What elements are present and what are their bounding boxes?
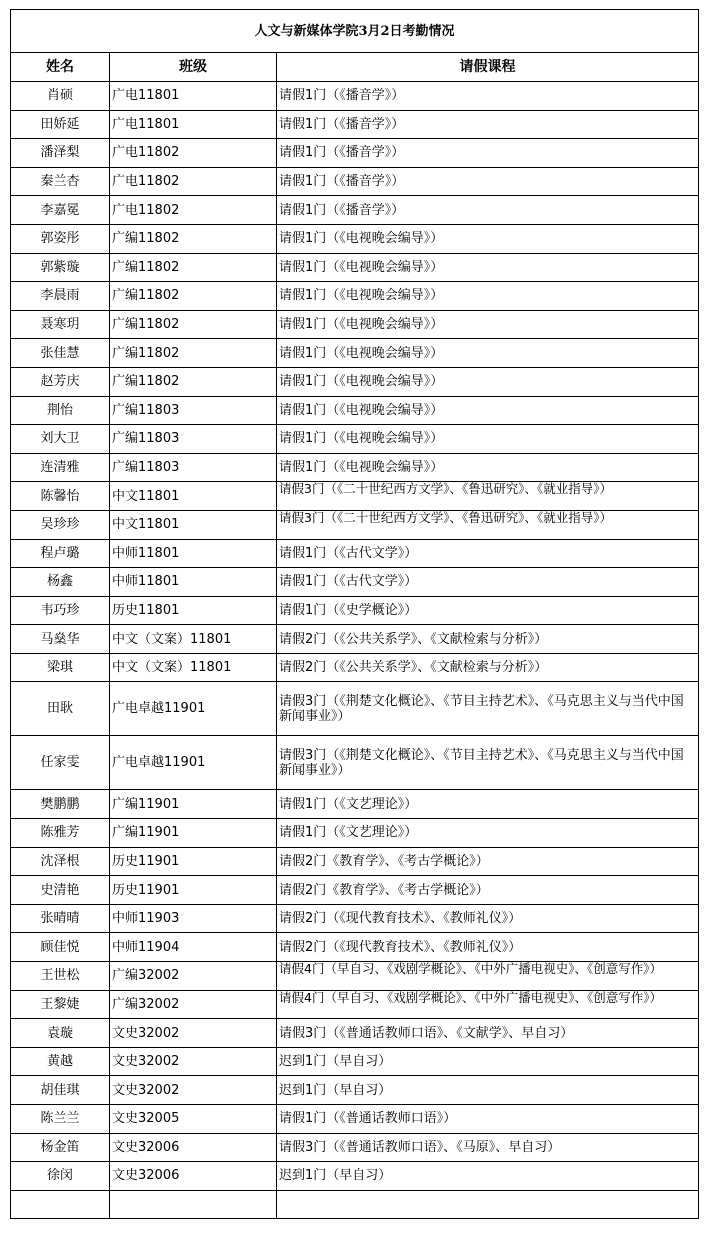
table-row: 王黎婕广编32002请假4门（早自习、《戏剧学概论》、《中外广播电视史》、《创意…: [11, 990, 699, 1019]
cell-class[interactable]: 文史32002: [110, 1047, 277, 1076]
cell-name[interactable]: 张晴晴: [11, 904, 110, 933]
cell-course[interactable]: 请假1门（《电视晚会编导》）: [277, 253, 699, 282]
cell-course[interactable]: 请假1门（《电视晚会编导》）: [277, 310, 699, 339]
cell-class[interactable]: 文史32002: [110, 1019, 277, 1048]
cell-name[interactable]: 郭姿彤: [11, 224, 110, 253]
cell-course[interactable]: 请假3门（《二十世纪西方文学》、《鲁迅研究》、《就业指导》）: [277, 510, 699, 539]
cell-name[interactable]: 赵芳庆: [11, 367, 110, 396]
table-row: 徐闵文史32006迟到1门（早自习）: [11, 1162, 699, 1191]
cell-name[interactable]: 王黎婕: [11, 990, 110, 1019]
cell-course[interactable]: 请假1门（《播音学》）: [277, 82, 699, 111]
cell-class[interactable]: 中文（文案）11801: [110, 653, 277, 682]
table-row: 黄越文史32002迟到1门（早自习）: [11, 1047, 699, 1076]
cell-name[interactable]: 陈馨怡: [11, 482, 110, 511]
cell-class[interactable]: 广编11803: [110, 396, 277, 425]
cell-name[interactable]: 任家雯: [11, 736, 110, 790]
cell-class[interactable]: 历史11801: [110, 596, 277, 625]
table-row: 荆怡广编11803请假1门（《电视晚会编导》）: [11, 396, 699, 425]
cell-course[interactable]: 请假1门（《播音学》）: [277, 167, 699, 196]
cell-course[interactable]: 请假3门（《普通话教师口语》、《马原》、早自习）: [277, 1133, 699, 1162]
table-row: 李晨雨广编11802请假1门（《电视晚会编导》）: [11, 282, 699, 311]
table-row: 李嘉冕广电11802请假1门（《播音学》）: [11, 196, 699, 225]
attendance-table: 人文与新媒体学院3月2日考勤情况 姓名 班级 请假课程 肖硕广电11801请假1…: [10, 9, 699, 1219]
table-row: 张晴晴中师11903请假2门（《现代教育技术》、《教师礼仪》）: [11, 904, 699, 933]
cell-course[interactable]: 迟到1门（早自习）: [277, 1162, 699, 1191]
cell-class[interactable]: 文史32005: [110, 1105, 277, 1134]
cell-class[interactable]: 文史32006: [110, 1162, 277, 1191]
cell-class[interactable]: 广编11803: [110, 453, 277, 482]
cell-course[interactable]: 请假1门（《史学概论》）: [277, 596, 699, 625]
cell-name[interactable]: 秦兰杏: [11, 167, 110, 196]
cell-class[interactable]: 中师11801: [110, 568, 277, 597]
cell-class[interactable]: 广编32002: [110, 962, 277, 991]
cell-class[interactable]: 历史11901: [110, 847, 277, 876]
cell-course[interactable]: 请假1门（《电视晚会编导》）: [277, 367, 699, 396]
cell-class[interactable]: 广电卓越11901: [110, 736, 277, 790]
cell-course[interactable]: 请假2门（《公共关系学》、《文献检索与分析》）: [277, 653, 699, 682]
cell-name[interactable]: 徐闵: [11, 1162, 110, 1191]
cell-course[interactable]: 请假4门（早自习、《戏剧学概论》、《中外广播电视史》、《创意写作》）: [277, 962, 699, 991]
cell-class[interactable]: 广编11901: [110, 819, 277, 848]
cell-name[interactable]: 张佳慧: [11, 339, 110, 368]
cell-class[interactable]: 广电卓越11901: [110, 682, 277, 736]
cell-course[interactable]: 请假1门（《文艺理论》）: [277, 790, 699, 819]
cell-course[interactable]: 请假1门（《普通话教师口语》）: [277, 1105, 699, 1134]
table-row: 程卢璐中师11801请假1门（《古代文学》）: [11, 539, 699, 568]
cell-course[interactable]: 请假2门（《现代教育技术》、《教师礼仪》）: [277, 933, 699, 962]
table-row: 胡佳琪文史32002迟到1门（早自习）: [11, 1076, 699, 1105]
cell-name[interactable]: 荆怡: [11, 396, 110, 425]
table-row: 刘大卫广编11803请假1门（《电视晚会编导》）: [11, 425, 699, 454]
table-row: 杨鑫中师11801请假1门（《古代文学》）: [11, 568, 699, 597]
cell-course[interactable]: 请假1门（《电视晚会编导》）: [277, 396, 699, 425]
cell-name[interactable]: 田耿: [11, 682, 110, 736]
cell-name[interactable]: 潘泽梨: [11, 139, 110, 168]
cell-class[interactable]: 中师11904: [110, 933, 277, 962]
header-name[interactable]: 姓名: [11, 53, 110, 82]
table-row: 田娇延广电11801请假1门（《播音学》）: [11, 110, 699, 139]
table-row: 史清艳历史11901请假2门《教育学》、《考古学概论》）: [11, 876, 699, 905]
cell-name[interactable]: 樊鹏鹏: [11, 790, 110, 819]
header-row: 姓名 班级 请假课程: [11, 53, 699, 82]
cell-name[interactable]: 连清雅: [11, 453, 110, 482]
cell-class[interactable]: 广编11802: [110, 310, 277, 339]
cell-class[interactable]: 广电11802: [110, 167, 277, 196]
cell-course[interactable]: 请假3门（《荆楚文化概论》、《节目主持艺术》、《马克思主义与当代中国新闻事业》）: [277, 682, 699, 736]
cell-course[interactable]: 请假1门（《电视晚会编导》）: [277, 339, 699, 368]
cell-class[interactable]: 广电11801: [110, 82, 277, 111]
cell-name[interactable]: 吴珍珍: [11, 510, 110, 539]
cell-name[interactable]: 黄越: [11, 1047, 110, 1076]
header-class[interactable]: 班级: [110, 53, 277, 82]
cell-class[interactable]: 广编11803: [110, 425, 277, 454]
cell-name[interactable]: 袁璇: [11, 1019, 110, 1048]
cell-class[interactable]: 中文（文案）11801: [110, 625, 277, 654]
cell-name[interactable]: 王世松: [11, 962, 110, 991]
cell-course[interactable]: 请假1门（《播音学》）: [277, 139, 699, 168]
cell-name[interactable]: 陈雅芳: [11, 819, 110, 848]
title-row: 人文与新媒体学院3月2日考勤情况: [11, 10, 699, 53]
cell-course[interactable]: 请假1门（《电视晚会编导》）: [277, 453, 699, 482]
table-row: 王世松广编32002请假4门（早自习、《戏剧学概论》、《中外广播电视史》、《创意…: [11, 962, 699, 991]
cell-name[interactable]: 沈泽根: [11, 847, 110, 876]
table-row: 袁璇文史32002请假3门（《普通话教师口语》、《文献学》、早自习）: [11, 1019, 699, 1048]
cell-class[interactable]: 广编11802: [110, 339, 277, 368]
header-course[interactable]: 请假课程: [277, 53, 699, 82]
table-row: 梁琪中文（文案）11801请假2门（《公共关系学》、《文献检索与分析》）: [11, 653, 699, 682]
cell-class[interactable]: 中文11801: [110, 510, 277, 539]
table-row: 杨金笛文史32006请假3门（《普通话教师口语》、《马原》、早自习）: [11, 1133, 699, 1162]
sheet-title[interactable]: 人文与新媒体学院3月2日考勤情况: [11, 10, 699, 53]
table-row: 沈泽根历史11901请假2门《教育学》、《考古学概论》）: [11, 847, 699, 876]
cell-class[interactable]: 广编11901: [110, 790, 277, 819]
table-row: 顾佳悦中师11904请假2门（《现代教育技术》、《教师礼仪》）: [11, 933, 699, 962]
cell-name[interactable]: [11, 1190, 110, 1219]
cell-class[interactable]: 广编11802: [110, 224, 277, 253]
cell-course[interactable]: 请假1门（《电视晚会编导》）: [277, 282, 699, 311]
cell-name[interactable]: 聂寒玥: [11, 310, 110, 339]
cell-class[interactable]: [110, 1190, 277, 1219]
cell-course[interactable]: 请假4门（早自习、《戏剧学概论》、《中外广播电视史》、《创意写作》）: [277, 990, 699, 1019]
cell-class[interactable]: 广编32002: [110, 990, 277, 1019]
cell-class[interactable]: 历史11901: [110, 876, 277, 905]
cell-name[interactable]: 史清艳: [11, 876, 110, 905]
table-row: 赵芳庆广编11802请假1门（《电视晚会编导》）: [11, 367, 699, 396]
table-row: 秦兰杏广电11802请假1门（《播音学》）: [11, 167, 699, 196]
cell-name[interactable]: 胡佳琪: [11, 1076, 110, 1105]
cell-course[interactable]: 请假1门（《文艺理论》）: [277, 819, 699, 848]
cell-name[interactable]: 陈兰兰: [11, 1105, 110, 1134]
table-row: 樊鹏鹏广编11901请假1门（《文艺理论》）: [11, 790, 699, 819]
cell-class[interactable]: 中文11801: [110, 482, 277, 511]
cell-course[interactable]: 请假2门《教育学》、《考古学概论》）: [277, 876, 699, 905]
cell-class[interactable]: 广电11802: [110, 139, 277, 168]
table-row: 连清雅广编11803请假1门（《电视晚会编导》）: [11, 453, 699, 482]
cell-class[interactable]: 广编11802: [110, 253, 277, 282]
cell-course[interactable]: 迟到1门（早自习）: [277, 1076, 699, 1105]
cell-course[interactable]: 请假1门（《电视晚会编导》）: [277, 425, 699, 454]
table-row: 潘泽梨广电11802请假1门（《播音学》）: [11, 139, 699, 168]
table-row: 肖硕广电11801请假1门（《播音学》）: [11, 82, 699, 111]
cell-course[interactable]: 请假2门（《公共关系学》、《文献检索与分析》）: [277, 625, 699, 654]
cell-name[interactable]: 梁琪: [11, 653, 110, 682]
table-row: 田耿广电卓越11901请假3门（《荆楚文化概论》、《节目主持艺术》、《马克思主义…: [11, 682, 699, 736]
table-row: 吴珍珍中文11801请假3门（《二十世纪西方文学》、《鲁迅研究》、《就业指导》）: [11, 510, 699, 539]
cell-name[interactable]: 顾佳悦: [11, 933, 110, 962]
table-row: 郭姿彤广编11802请假1门（《电视晚会编导》）: [11, 224, 699, 253]
cell-course[interactable]: 请假1门（《古代文学》）: [277, 539, 699, 568]
cell-course[interactable]: 请假1门（《播音学》）: [277, 196, 699, 225]
cell-course[interactable]: [277, 1190, 699, 1219]
table-row: 聂寒玥广编11802请假1门（《电视晚会编导》）: [11, 310, 699, 339]
cell-name[interactable]: 马燊华: [11, 625, 110, 654]
table-row: 任家雯广电卓越11901请假3门（《荆楚文化概论》、《节目主持艺术》、《马克思主…: [11, 736, 699, 790]
table-row: 陈馨怡中文11801请假3门（《二十世纪西方文学》、《鲁迅研究》、《就业指导》）: [11, 482, 699, 511]
cell-class[interactable]: 文史32006: [110, 1133, 277, 1162]
cell-name[interactable]: 刘大卫: [11, 425, 110, 454]
table-row: 张佳慧广编11802请假1门（《电视晚会编导》）: [11, 339, 699, 368]
cell-name[interactable]: 郭紫璇: [11, 253, 110, 282]
cell-name[interactable]: 杨鑫: [11, 568, 110, 597]
cell-name[interactable]: 韦巧珍: [11, 596, 110, 625]
cell-course[interactable]: 请假3门（《荆楚文化概论》、《节目主持艺术》、《马克思主义与当代中国新闻事业》）: [277, 736, 699, 790]
table-row: 韦巧珍历史11801请假1门（《史学概论》）: [11, 596, 699, 625]
cell-name[interactable]: 程卢璐: [11, 539, 110, 568]
cell-class[interactable]: 广电11802: [110, 196, 277, 225]
cell-name[interactable]: 李嘉冕: [11, 196, 110, 225]
table-row: 马燊华中文（文案）11801请假2门（《公共关系学》、《文献检索与分析》）: [11, 625, 699, 654]
cell-class[interactable]: 中师11801: [110, 539, 277, 568]
table-row: [11, 1190, 699, 1219]
cell-class[interactable]: 广编11802: [110, 282, 277, 311]
cell-course[interactable]: 请假2门《教育学》、《考古学概论》）: [277, 847, 699, 876]
cell-name[interactable]: 李晨雨: [11, 282, 110, 311]
cell-name[interactable]: 肖硕: [11, 82, 110, 111]
cell-course[interactable]: 请假3门（《二十世纪西方文学》、《鲁迅研究》、《就业指导》）: [277, 482, 699, 511]
cell-course[interactable]: 请假3门（《普通话教师口语》、《文献学》、早自习）: [277, 1019, 699, 1048]
table-row: 郭紫璇广编11802请假1门（《电视晚会编导》）: [11, 253, 699, 282]
cell-course[interactable]: 请假1门（《古代文学》）: [277, 568, 699, 597]
cell-name[interactable]: 田娇延: [11, 110, 110, 139]
cell-course[interactable]: 请假1门（《播音学》）: [277, 110, 699, 139]
table-row: 陈雅芳广编11901请假1门（《文艺理论》）: [11, 819, 699, 848]
cell-class[interactable]: 广电11801: [110, 110, 277, 139]
table-row: 陈兰兰文史32005请假1门（《普通话教师口语》）: [11, 1105, 699, 1134]
cell-class[interactable]: 广编11802: [110, 367, 277, 396]
cell-course[interactable]: 请假2门（《现代教育技术》、《教师礼仪》）: [277, 904, 699, 933]
cell-class[interactable]: 中师11903: [110, 904, 277, 933]
cell-course[interactable]: 请假1门（《电视晚会编导》）: [277, 224, 699, 253]
cell-class[interactable]: 文史32002: [110, 1076, 277, 1105]
cell-course[interactable]: 迟到1门（早自习）: [277, 1047, 699, 1076]
cell-name[interactable]: 杨金笛: [11, 1133, 110, 1162]
